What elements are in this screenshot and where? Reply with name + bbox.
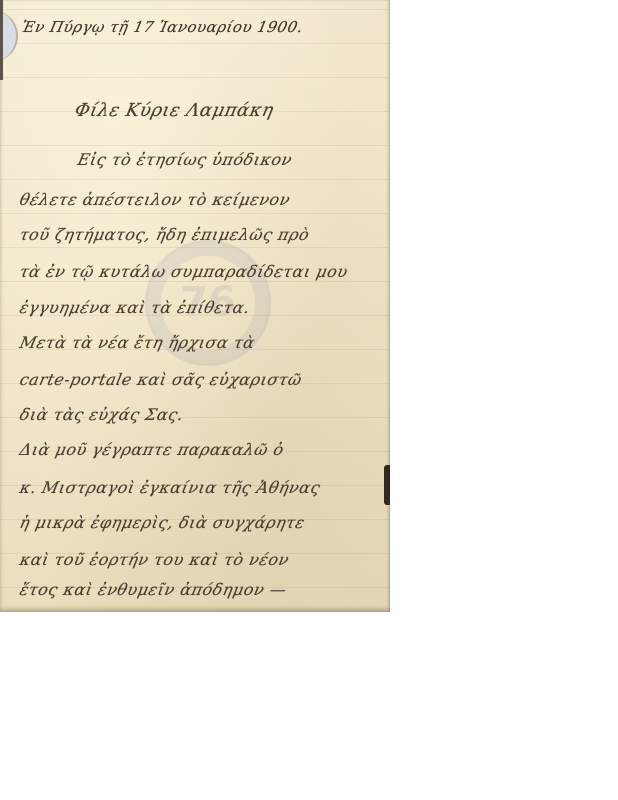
letter-line: ἡ μικρὰ ἐφημερὶς, διὰ συγχάρητε — [18, 513, 307, 532]
letter-line: Διὰ μοῦ γέγραπτε παρακαλῶ ὁ — [18, 440, 286, 459]
letter-line: ἔτος καὶ ἐνθυμεῖν ἀπόδημον — — [18, 580, 289, 599]
letter-line: διὰ τὰς εὐχάς Σας. — [18, 405, 186, 424]
letter-line: carte-portale καὶ σᾶς εὐχαριστῶ — [18, 370, 304, 389]
letter-line: τὰ ἐν τῷ κυτάλω συμπαραδίδεται μου — [18, 262, 350, 281]
letter-line: κ. Μιστραγοὶ ἐγκαίνια τῆς Ἀθήνας — [18, 478, 322, 497]
letter-line: καὶ τοῦ ἐορτήν του καὶ τὸ νέον — [18, 550, 291, 569]
letter-line: τοῦ ζητήματος, ἤδη ἐπιμελῶς πρὸ — [18, 225, 311, 244]
letter-line: θέλετε ἀπέστειλον τὸ κείμενον — [18, 190, 292, 209]
ink-blot — [384, 465, 390, 505]
letter-line: Μετὰ τὰ νέα ἔτη ἤρχισα τὰ — [18, 333, 257, 352]
letter-line: Εἰς τὸ ἐτησίως ὑπόδικον — [76, 150, 294, 169]
salutation: Φίλε Κύριε Λαμπάκη — [73, 100, 276, 121]
letter-line: ἐγγυημένα καὶ τὰ ἐπίθετα. — [18, 298, 252, 317]
page-edge-shadow — [0, 0, 3, 80]
letter-page: 76 Ἐν Πύργῳ τῇ 17 Ἰανουαρίου 1900. Φίλε … — [0, 0, 390, 612]
place-date-line: Ἐν Πύργῳ τῇ 17 Ἰανουαρίου 1900. — [20, 18, 305, 36]
